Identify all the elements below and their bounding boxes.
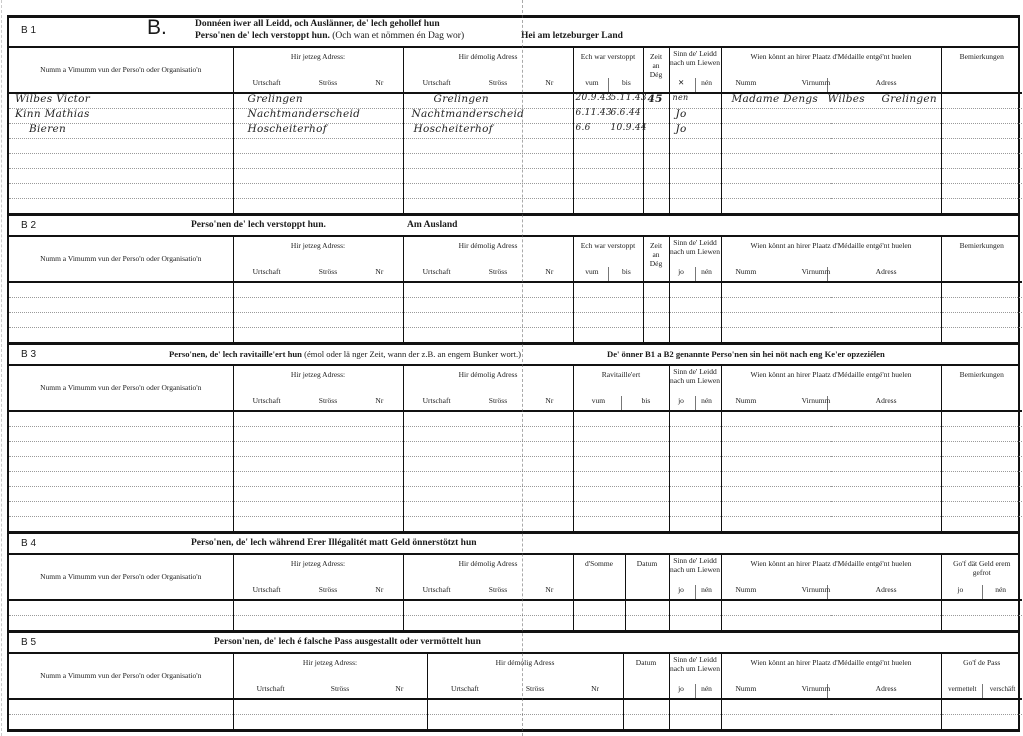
section-id: B 5	[21, 637, 36, 648]
current-address-entry[interactable]: Grelingen	[248, 93, 304, 105]
col-medal-firstname: Virnumm	[802, 396, 831, 405]
col-medal-address: Adress	[876, 396, 897, 405]
to-entry[interactable]: 5.11.43	[611, 93, 647, 103]
table-row	[9, 457, 1022, 472]
medal-firstname-entry[interactable]: Wilbes	[828, 93, 865, 105]
col-survived: Sinn de' Leidd nach um Liewen	[670, 556, 721, 574]
col-supplied: Ravitaille'ert	[574, 370, 669, 379]
table-row	[9, 282, 1022, 298]
col-current-address: Hir jetzeg Adress:	[234, 559, 403, 568]
col-medal-name: Numm	[736, 267, 757, 276]
medal-address-entry[interactable]: Grelingen	[882, 93, 938, 105]
col-date: Datum	[624, 658, 669, 667]
col-medal: Wien könnt an hirer Plaatz d'Médaille en…	[722, 241, 941, 250]
col-survived: Sinn de' Leidd nach um Liewen	[670, 238, 721, 256]
section-title-right: Am Ausland	[407, 220, 457, 230]
table-row	[9, 139, 1022, 154]
col-no: nén	[701, 267, 712, 276]
col-remarks: Bemierkungen	[942, 241, 1023, 250]
section-b2: B 2 Perso'nen de' lech verstoppt hun. Am…	[7, 213, 1020, 342]
col-place: Urtschaft	[253, 396, 281, 405]
col-to: bis	[642, 396, 651, 405]
col-street: Ströss	[489, 585, 507, 594]
name-entry[interactable]: Kinn Mathias	[15, 108, 90, 120]
col-no: nén	[701, 585, 712, 594]
col-money-no: nén	[995, 585, 1006, 594]
col-medal-address: Adress	[876, 585, 897, 594]
form-letter: B.	[147, 16, 167, 40]
section-title-line1: Donnéen iwer all Leidd, och Auslänner, d…	[195, 19, 440, 29]
table-row	[9, 313, 1022, 328]
section-b5-title-bar: B 5 Person'nen, de' lech é falsche Pass …	[9, 630, 1018, 654]
col-yes: jo	[678, 267, 684, 276]
col-name: Numm a Vimumm vun der Perso'n oder Organ…	[9, 65, 233, 74]
col-yes: ✕	[678, 78, 684, 87]
col-former-address: Hir démolig Adress	[404, 559, 573, 568]
section-b4: B 4 Perso'nen, de' lech während Erer Ill…	[7, 531, 1020, 630]
col-period: Ech war verstoppt	[574, 52, 643, 61]
medal-name-entry[interactable]: Madame Dengs	[732, 93, 819, 105]
col-number: Nr	[591, 684, 599, 693]
col-medal-name: Numm	[736, 684, 757, 693]
table-row	[9, 472, 1022, 487]
section-b4-title-bar: B 4 Perso'nen, de' lech während Erer Ill…	[9, 531, 1018, 555]
section-b3-title-bar: B 3 Perso'nen, de' lech ravitaille'ert h…	[9, 342, 1018, 366]
col-place: Urtschaft	[423, 585, 451, 594]
col-medal: Wien könnt an hirer Plaatz d'Médaille en…	[722, 559, 941, 568]
table-row	[9, 411, 1022, 427]
survived-entry[interactable]: nen	[673, 93, 689, 102]
section-id: B 3	[21, 349, 36, 360]
header-row: Numm a Vimumm vun der Perso'n oder Organ…	[9, 654, 1022, 699]
col-place: Urtschaft	[451, 684, 479, 693]
col-no: nén	[701, 684, 712, 693]
section-title: Perso'nen de' lech verstoppt hun.	[191, 220, 326, 230]
col-medal-name: Numm	[736, 585, 757, 594]
col-money-yes: jo	[957, 585, 963, 594]
col-days: Zeit an Dég	[644, 241, 669, 268]
table-row	[9, 699, 1022, 715]
col-place: Urtschaft	[253, 78, 281, 87]
section-title-right: Hei am letzeburger Land	[521, 31, 623, 41]
col-medal-name: Numm	[736, 396, 757, 405]
section-title-right: De' önner B1 a B2 genannte Perso'nen sin…	[607, 349, 885, 359]
col-place: Urtschaft	[423, 78, 451, 87]
table-row	[9, 328, 1022, 343]
col-medal-firstname: Virnumm	[802, 267, 831, 276]
section-b1-table: Numm a Vimumm vun der Perso'n oder Organ…	[9, 48, 1022, 213]
col-former-address: Hir démolig Adress	[404, 370, 573, 379]
col-medal: Wien könnt an hirer Plaatz d'Médaille en…	[722, 658, 941, 667]
col-number: Nr	[545, 585, 553, 594]
section-id: B 1	[21, 25, 36, 36]
table-row	[9, 600, 1022, 616]
col-to: bis	[622, 267, 631, 276]
col-number: Nr	[545, 267, 553, 276]
page-fold-line	[522, 0, 523, 736]
col-street: Ströss	[526, 684, 544, 693]
section-title-light: (Och wan et nömmen én Dag wor)	[332, 31, 464, 41]
col-street: Ströss	[489, 78, 507, 87]
col-number: Nr	[375, 267, 383, 276]
table-row	[9, 199, 1022, 214]
col-number: Nr	[545, 78, 553, 87]
col-no: nén	[701, 78, 712, 87]
col-current-address: Hir jetzeg Adress:	[234, 658, 427, 667]
form-sheet: B 1 B. Donnéen iwer all Leidd, och Auslä…	[7, 15, 1020, 732]
col-yes: jo	[678, 684, 684, 693]
col-place: Urtschaft	[253, 267, 281, 276]
former-address-entry[interactable]: Nachtmanderscheid	[412, 108, 525, 120]
col-street: Ströss	[319, 585, 337, 594]
table-row: Wilbes Victor Grelingen Grelingen 20.9.4…	[9, 93, 1022, 109]
section-b3-table: Numm a Vimumm vun der Perso'n oder Organ…	[9, 366, 1022, 531]
col-medal-address: Adress	[876, 267, 897, 276]
current-address-entry[interactable]: Nachtmanderscheid	[248, 108, 361, 120]
section-title-bold: Perso'nen de' lech verstoppt hun.	[195, 31, 330, 41]
col-name: Numm a Vimumm vun der Perso'n oder Organ…	[9, 383, 233, 392]
col-street: Ströss	[489, 396, 507, 405]
col-survived: Sinn de' Leidd nach um Liewen	[670, 49, 721, 67]
col-medal-name: Numm	[736, 78, 757, 87]
col-remarks: Bemierkungen	[942, 52, 1023, 61]
col-from: vum	[585, 267, 598, 276]
section-title: Perso'nen, de' lech während Erer Illégal…	[191, 538, 477, 548]
col-current-address: Hir jetzeg Adress:	[234, 370, 403, 379]
table-row	[9, 502, 1022, 517]
col-former-address: Hir démolig Adress	[404, 241, 573, 250]
table-row	[9, 487, 1022, 502]
col-pass-mediated: vermettelt	[948, 685, 976, 693]
section-b4-table: Numm a Vimumm vun der Perso'n oder Organ…	[9, 555, 1022, 630]
from-entry[interactable]: 20.9.43	[576, 93, 612, 103]
col-medal-firstname: Virnumm	[802, 585, 831, 594]
col-yes: jo	[678, 396, 684, 405]
section-b5-table: Numm a Vimumm vun der Perso'n oder Organ…	[9, 654, 1022, 729]
col-survived: Sinn de' Leidd nach um Liewen	[670, 367, 721, 385]
table-row	[9, 715, 1022, 730]
name-entry[interactable]: Wilbes Victor	[15, 93, 90, 105]
from-entry[interactable]: 6.11.43	[576, 108, 612, 118]
col-money-asked: Go'f dät Geld erem gefrot	[942, 559, 1023, 577]
col-sum: d'Somme	[574, 559, 625, 568]
days-entry[interactable]: 45	[648, 93, 663, 105]
header-row: Numm a Vimumm vun der Perso'n oder Organ…	[9, 48, 1022, 93]
col-place: Urtschaft	[253, 585, 281, 594]
col-medal-address: Adress	[876, 684, 897, 693]
col-date: Datum	[626, 559, 669, 568]
table-row	[9, 184, 1022, 199]
section-title: Person'nen, de' lech é falsche Pass ausg…	[214, 637, 481, 647]
col-number: Nr	[395, 684, 403, 693]
col-pass: Go'f de Pass	[942, 658, 1023, 667]
table-row	[9, 169, 1022, 184]
table-row	[9, 517, 1022, 532]
table-row	[9, 154, 1022, 169]
col-number: Nr	[375, 396, 383, 405]
current-address-entry[interactable]: Hoscheiterhof	[248, 123, 327, 135]
col-place: Urtschaft	[257, 684, 285, 693]
col-medal-firstname: Virnumm	[802, 684, 831, 693]
table-row	[9, 427, 1022, 442]
section-id: B 2	[21, 220, 36, 231]
col-name: Numm a Vimumm vun der Perso'n oder Organ…	[9, 254, 233, 263]
table-row: Kinn Mathias Nachtmanderscheid Nachtmand…	[9, 109, 1022, 124]
col-medal: Wien könnt an hirer Plaatz d'Médaille en…	[722, 370, 941, 379]
section-title: Perso'nen, de' lech ravitaille'ert hun (…	[169, 349, 521, 359]
col-place: Urtschaft	[423, 267, 451, 276]
header-row: Numm a Vimumm vun der Perso'n oder Organ…	[9, 237, 1022, 282]
survived-entry[interactable]: Jo	[676, 123, 687, 135]
table-row: Bieren Hoscheiterhof Hoscheiterhof 6.610…	[9, 124, 1022, 139]
former-address-entry[interactable]: Hoscheiterhof	[414, 123, 493, 135]
col-period: Ech war verstoppt	[574, 241, 643, 250]
col-street: Ströss	[319, 267, 337, 276]
col-medal-address: Adress	[876, 78, 897, 87]
col-name: Numm a Vimumm vun der Perso'n oder Organ…	[9, 572, 233, 581]
section-id: B 4	[21, 538, 36, 549]
col-survived: Sinn de' Leidd nach um Liewen	[670, 655, 721, 673]
col-days: Zeit an Dég	[644, 52, 669, 79]
section-title-line2: Perso'nen de' lech verstoppt hun. (Och w…	[195, 31, 464, 41]
section-b5: B 5 Person'nen, de' lech é falsche Pass …	[7, 630, 1020, 732]
left-margin-marks	[1, 0, 2, 736]
name-entry[interactable]: Bieren	[29, 123, 66, 135]
col-street: Ströss	[319, 78, 337, 87]
from-entry[interactable]: 6.6	[576, 123, 591, 133]
col-number: Nr	[375, 585, 383, 594]
col-remarks: Bemierkungen	[942, 370, 1023, 379]
col-place: Urtschaft	[423, 396, 451, 405]
section-title-bold: Perso'nen, de' lech ravitaille'ert hun	[169, 349, 302, 359]
col-street: Ströss	[331, 684, 349, 693]
col-medal-firstname: Virnumm	[802, 78, 831, 87]
col-from: vum	[592, 396, 605, 405]
table-row	[9, 298, 1022, 313]
former-address-entry[interactable]: Grelingen	[434, 93, 490, 105]
survived-entry[interactable]: Jo	[676, 108, 687, 120]
col-pass-procured: verschäft	[990, 685, 1016, 693]
col-current-address: Hir jetzeg Adress:	[234, 52, 403, 61]
col-to: bis	[622, 78, 631, 87]
col-yes: jo	[678, 585, 684, 594]
section-b3: B 3 Perso'nen, de' lech ravitaille'ert h…	[7, 342, 1020, 531]
section-b2-table: Numm a Vimumm vun der Perso'n oder Organ…	[9, 237, 1022, 342]
to-entry[interactable]: 6.6.44	[611, 108, 641, 118]
col-former-address: Hir démolig Adress	[428, 658, 623, 667]
table-row	[9, 442, 1022, 457]
col-current-address: Hir jetzeg Adress:	[234, 241, 403, 250]
to-entry[interactable]: 10.9.44	[611, 123, 647, 133]
col-no: nén	[701, 396, 712, 405]
col-street: Ströss	[489, 267, 507, 276]
col-street: Ströss	[319, 396, 337, 405]
header-row: Numm a Vimumm vun der Perso'n oder Organ…	[9, 366, 1022, 411]
col-number: Nr	[545, 396, 553, 405]
col-name: Numm a Vimumm vun der Perso'n oder Organ…	[9, 671, 233, 680]
section-b2-title-bar: B 2 Perso'nen de' lech verstoppt hun. Am…	[9, 213, 1018, 237]
col-medal: Wien könnt an hirer Plaatz d'Médaille en…	[722, 52, 941, 61]
col-number: Nr	[375, 78, 383, 87]
col-from: vum	[585, 78, 598, 87]
section-title-light: (émol oder lä nger Zeit, wann der z.B. a…	[304, 349, 521, 359]
table-row	[9, 616, 1022, 631]
col-former-address: Hir démolig Adress	[404, 52, 573, 61]
section-b1-title-bar: B 1 B. Donnéen iwer all Leidd, och Auslä…	[9, 15, 1018, 48]
header-row: Numm a Vimumm vun der Perso'n oder Organ…	[9, 555, 1022, 600]
section-b1: B 1 B. Donnéen iwer all Leidd, och Auslä…	[7, 15, 1020, 213]
